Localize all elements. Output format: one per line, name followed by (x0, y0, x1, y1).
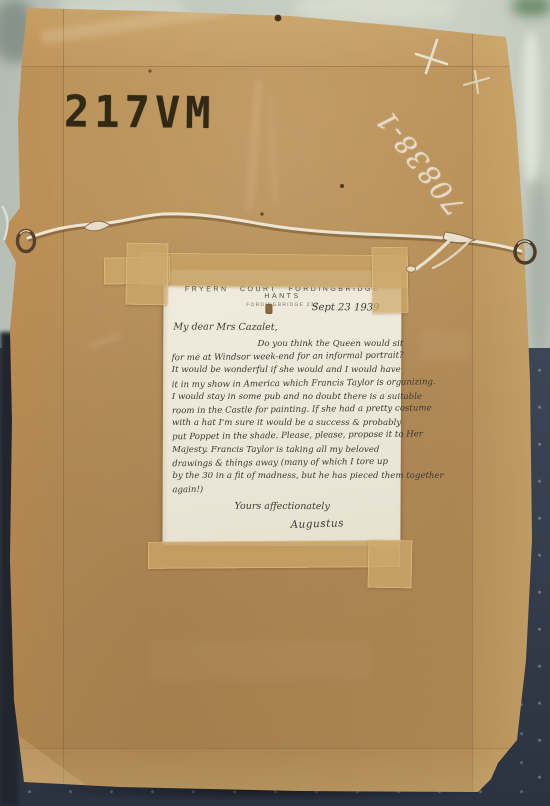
letter-body: Do you think the Queen would sit for me … (171, 337, 394, 497)
green-object (512, 0, 550, 16)
tape-strip-bottom (148, 540, 400, 569)
tape-strip-top (140, 253, 408, 289)
handwritten-letter: FRYERN COURT FORDINGBRIDGE HANTS FORDING… (162, 269, 401, 546)
wall-shadow-shape (528, 180, 550, 360)
letter-salutation: My dear Mrs Cazalet, (173, 322, 277, 333)
cardboard-backing: 217VM 70838-1 FRYERN COURT FORDINGBRIDGE… (0, 0, 550, 806)
letter-line: again!) (172, 482, 394, 498)
stencil-number: 217VM (64, 86, 285, 139)
scuff-streak (88, 333, 122, 349)
tape-strip-left-vertical (125, 243, 168, 306)
letter-line: I would stay in some pub and no doubt th… (172, 391, 394, 404)
letter-closing: Yours affectionately (235, 501, 330, 512)
letter-line: put Poppet in the shade. Please, please,… (172, 429, 394, 445)
glass-reflection (522, 32, 540, 182)
wall-highlight-shape (296, 0, 456, 22)
letter-line: drawings & things away (many of which I … (172, 456, 394, 472)
letter-line: it in my show in America which Francis T… (172, 376, 394, 392)
tape-tab-bottom-right (368, 540, 413, 589)
scuff-patch (420, 330, 470, 360)
letter-line: It would be wonderful if she would and I… (172, 364, 394, 377)
paper-stain (265, 304, 272, 314)
scuff-patch (150, 640, 370, 680)
letter-date: Sept 23 1939 (312, 302, 380, 313)
photo-framed-picture-back: 217VM 70838-1 FRYERN COURT FORDINGBRIDGE… (0, 0, 550, 806)
letter-line: Majesty. Francis Taylor is taking all my… (172, 444, 394, 457)
letter-signature: Augustus (290, 517, 344, 531)
tape-strip-right-vertical (372, 247, 409, 313)
